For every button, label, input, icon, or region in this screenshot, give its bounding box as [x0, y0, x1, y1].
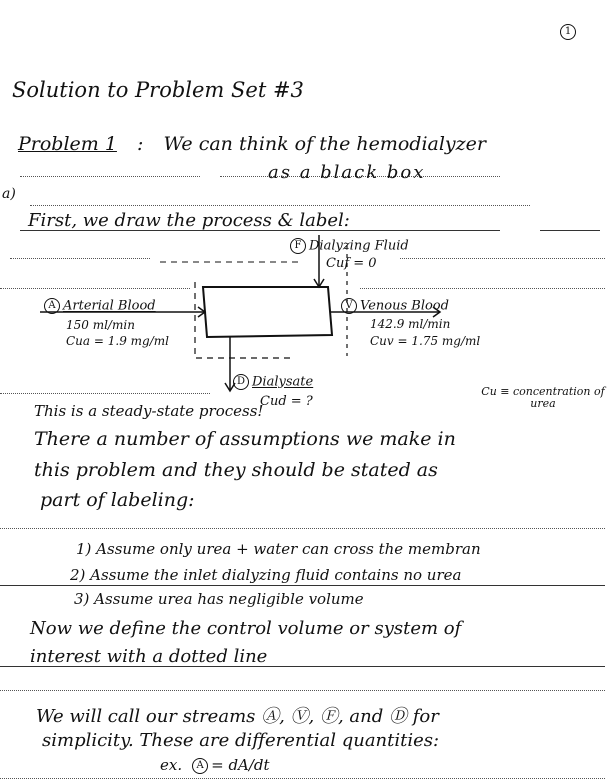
stream-a-label: AArterial Blood [44, 298, 156, 314]
stream-v-label: VVenous Blood [341, 298, 449, 314]
stream-d-value: Cud = ? [260, 394, 313, 409]
ruled-line [0, 528, 605, 529]
assumption-3: 3) Assume urea has negligible volume [74, 590, 364, 608]
stream-f-badge: F [290, 238, 306, 254]
stream-v-badge: V [341, 298, 357, 314]
steady-state-note: This is a steady-state process! [34, 402, 263, 420]
example-rhs: = dA/dt [211, 756, 269, 774]
control-volume-line1: Now we define the control volume or syst… [30, 618, 461, 639]
control-volume-boundary [195, 282, 295, 358]
example-prefix: ex. [160, 756, 182, 774]
stream-d-label: DDialysate [233, 374, 313, 390]
streams-line2: simplicity. These are differential quant… [42, 730, 439, 751]
stream-v-flow: 142.9 ml/min [370, 317, 450, 331]
stream-v-conc: Cuv = 1.75 mg/ml [370, 334, 480, 348]
assumptions-intro-line3: part of labeling: [40, 489, 195, 511]
stream-a-conc: Cua = 1.9 mg/ml [66, 334, 169, 348]
process-diagram [0, 0, 611, 420]
assumption-2: 2) Assume the inlet dialyzing fluid cont… [70, 566, 461, 584]
streams-line1: We will call our streams Ⓐ, Ⓥ, Ⓕ, and Ⓓ … [36, 702, 439, 728]
ruled-line [0, 585, 605, 586]
stream-f-label: FDialyzing Fluid [290, 238, 409, 254]
example-equation: ex.A= dA/dt [160, 756, 270, 774]
black-box [203, 287, 332, 337]
control-volume-line2: interest with a dotted line [30, 646, 267, 667]
assumptions-intro-line1: There a number of assumptions we make in [34, 428, 456, 450]
stream-f-value: Cuf = 0 [326, 256, 377, 271]
concentration-note: Cu ≡ concentration of urea [478, 386, 608, 410]
assumptions-intro-line2: this problem and they should be stated a… [34, 459, 438, 481]
stream-a-badge: A [44, 298, 60, 314]
ruled-line [0, 778, 605, 779]
stream-a-flow: 150 ml/min [66, 318, 135, 332]
example-symbol: A [192, 758, 208, 774]
stream-d-badge: D [233, 374, 249, 390]
assumption-1: 1) Assume only urea + water can cross th… [76, 540, 481, 558]
ruled-line [0, 690, 605, 691]
